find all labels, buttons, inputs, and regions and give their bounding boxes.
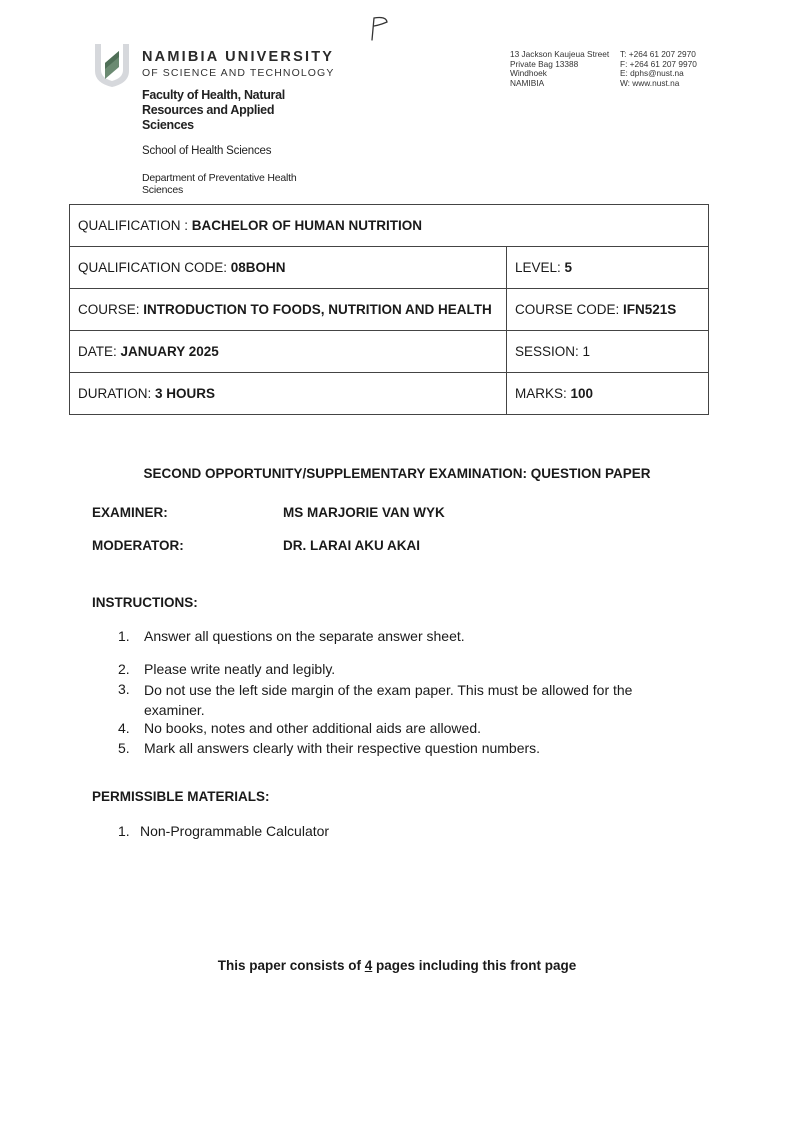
department-name: Department of Preventative Health Scienc… (142, 172, 302, 196)
session-cell: SESSION: 1 (507, 331, 709, 373)
qualification-cell: QUALIFICATION : BACHELOR OF HUMAN NUTRIT… (70, 205, 709, 247)
table-row: QUALIFICATION : BACHELOR OF HUMAN NUTRIT… (70, 205, 709, 247)
marks-value: 100 (571, 386, 594, 401)
list-number: 1. (118, 628, 130, 645)
list-text: Please write neatly and legibly. (144, 661, 684, 678)
handwritten-p-mark (368, 14, 390, 42)
list-text: Answer all questions on the separate ans… (144, 628, 684, 645)
table-row: DURATION: 3 HOURS MARKS: 100 (70, 373, 709, 415)
level-label: LEVEL: (515, 260, 565, 275)
footer-prefix: This paper consists of (218, 958, 365, 973)
instructions-heading: INSTRUCTIONS: (92, 595, 198, 610)
table-row: COURSE: INTRODUCTION TO FOODS, NUTRITION… (70, 289, 709, 331)
qualification-code-cell: QUALIFICATION CODE: 08BOHN (70, 247, 507, 289)
shield-logo-icon (92, 41, 132, 89)
list-text: Mark all answers clearly with their resp… (144, 740, 684, 757)
address-block: 13 Jackson Kaujeua Street Private Bag 13… (510, 50, 609, 88)
list-text: No books, notes and other additional aid… (144, 720, 684, 737)
list-number: 5. (118, 740, 130, 757)
moderator-label: MODERATOR: (92, 538, 184, 553)
list-text: Non-Programmable Calculator (140, 823, 680, 840)
table-row: DATE: JANUARY 2025 SESSION: 1 (70, 331, 709, 373)
address-line: NAMIBIA (510, 79, 609, 89)
session-label: SESSION: (515, 344, 583, 359)
list-number: 4. (118, 720, 130, 737)
qualification-label: QUALIFICATION : (78, 218, 192, 233)
list-number: 2. (118, 661, 130, 678)
date-value: JANUARY 2025 (121, 344, 219, 359)
faculty-name: Faculty of Health, Natural Resources and… (142, 88, 312, 133)
list-number: 1. (118, 823, 130, 840)
footer-suffix: pages including this front page (372, 958, 576, 973)
session-value: 1 (583, 344, 591, 359)
course-code-cell: COURSE CODE: IFN521S (507, 289, 709, 331)
university-name: NAMIBIA UNIVERSITY (142, 49, 334, 65)
list-number: 3. (118, 681, 130, 698)
contact-website: W: www.nust.na (620, 79, 697, 89)
list-text: Do not use the left side margin of the e… (144, 680, 684, 720)
marks-cell: MARKS: 100 (507, 373, 709, 415)
duration-label: DURATION: (78, 386, 155, 401)
course-value: INTRODUCTION TO FOODS, NUTRITION AND HEA… (143, 302, 491, 317)
level-value: 5 (565, 260, 573, 275)
examiner-value: MS MARJORIE VAN WYK (283, 505, 445, 520)
course-cell: COURSE: INTRODUCTION TO FOODS, NUTRITION… (70, 289, 507, 331)
level-cell: LEVEL: 5 (507, 247, 709, 289)
duration-value: 3 HOURS (155, 386, 215, 401)
marks-label: MARKS: (515, 386, 571, 401)
course-label: COURSE: (78, 302, 143, 317)
examiner-label: EXAMINER: (92, 505, 168, 520)
date-cell: DATE: JANUARY 2025 (70, 331, 507, 373)
table-row: QUALIFICATION CODE: 08BOHN LEVEL: 5 (70, 247, 709, 289)
exam-info-table: QUALIFICATION : BACHELOR OF HUMAN NUTRIT… (69, 204, 709, 415)
course-code-label: COURSE CODE: (515, 302, 623, 317)
course-code-value: IFN521S (623, 302, 676, 317)
moderator-value: DR. LARAI AKU AKAI (283, 538, 420, 553)
qualification-value: BACHELOR OF HUMAN NUTRITION (192, 218, 422, 233)
contact-block: T: +264 61 207 2970 F: +264 61 207 9970 … (620, 50, 697, 88)
date-label: DATE: (78, 344, 121, 359)
exam-title: SECOND OPPORTUNITY/SUPPLEMENTARY EXAMINA… (0, 466, 794, 481)
university-subtitle: OF SCIENCE AND TECHNOLOGY (142, 67, 334, 79)
page-count-note: This paper consists of 4 pages including… (0, 958, 794, 973)
qualification-code-label: QUALIFICATION CODE: (78, 260, 231, 275)
duration-cell: DURATION: 3 HOURS (70, 373, 507, 415)
school-name: School of Health Sciences (142, 145, 271, 157)
qualification-code-value: 08BOHN (231, 260, 286, 275)
permissible-heading: PERMISSIBLE MATERIALS: (92, 789, 270, 804)
